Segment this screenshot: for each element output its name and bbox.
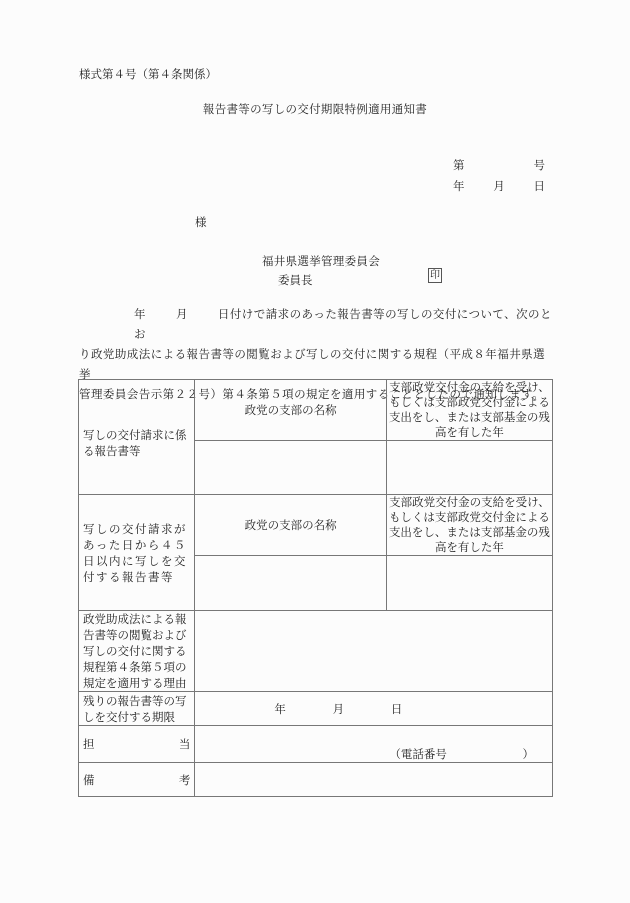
deadline-label: 残りの報告書等の写しを交付する期限 bbox=[79, 692, 195, 726]
issuer-title: 委員長 bbox=[278, 272, 313, 288]
section1-name-input[interactable] bbox=[195, 441, 387, 495]
section2-year-input[interactable] bbox=[386, 556, 552, 611]
issue-date: 年 月 日 bbox=[453, 178, 545, 194]
phone-open: （電話番号 bbox=[389, 746, 447, 762]
body-line1-rest: 日付けで請求のあった報告書等の写しの交付について、次のとお bbox=[134, 307, 552, 341]
reason-row: 政党助成法による報告書等の閲覧および写しの交付に関する規程第４条第５項の規定を適… bbox=[79, 611, 553, 692]
remarks-label: 備考 bbox=[79, 763, 195, 797]
deadline-day: 日 bbox=[391, 701, 403, 717]
body-line-1: 年月日付けで請求のあった報告書等の写しの交付について、次のとお bbox=[79, 304, 554, 344]
section1-col-year: 支部政党交付金の支給を受け、もしくは支部政党交付金による支出をし、または支部基金… bbox=[386, 380, 552, 441]
remarks-label-a: 備 bbox=[83, 772, 95, 788]
phone-close: ） bbox=[523, 746, 535, 762]
section2-label: 写しの交付請求があった日から４５日以内に写しを交付する報告書等 bbox=[79, 495, 195, 611]
seal-icon: 印 bbox=[428, 268, 442, 283]
contact-input[interactable]: （電話番号 ） bbox=[195, 726, 553, 763]
recipient-honorific: 様 bbox=[195, 214, 207, 230]
section2-col-name: 政党の支部の名称 bbox=[195, 495, 387, 556]
date-month: 月 bbox=[493, 178, 505, 194]
reason-label: 政党助成法による報告書等の閲覧および写しの交付に関する規程第４条第５項の規定を適… bbox=[79, 611, 195, 692]
contact-label-a: 担 bbox=[83, 736, 95, 752]
body-month: 月 bbox=[176, 307, 188, 321]
section2-header-row: 写しの交付請求があった日から４５日以内に写しを交付する報告書等 政党の支部の名称… bbox=[79, 495, 553, 556]
date-year: 年 bbox=[453, 178, 465, 194]
remarks-input[interactable] bbox=[195, 763, 553, 797]
remarks-row: 備考 bbox=[79, 763, 553, 797]
form-id: 様式第４号（第４条関係） bbox=[79, 66, 217, 82]
contact-label: 担当 bbox=[79, 726, 195, 763]
section1-header-row: 写しの交付請求に係る報告書等 政党の支部の名称 支部政党交付金の支給を受け、もし… bbox=[79, 380, 553, 441]
number-prefix: 第 bbox=[453, 157, 465, 173]
reason-input[interactable] bbox=[195, 611, 553, 692]
date-day: 日 bbox=[534, 178, 546, 194]
document-title: 報告書等の写しの交付期限特例適用通知書 bbox=[0, 101, 630, 117]
body-year: 年 bbox=[134, 307, 146, 321]
section1-year-input[interactable] bbox=[386, 441, 552, 495]
deadline-month: 月 bbox=[333, 701, 345, 717]
body-line-2: り政党助成法による報告書等の閲覧および写しの交付に関する規程（平成８年福井県選挙 bbox=[79, 344, 554, 384]
section1-col-name: 政党の支部の名称 bbox=[195, 380, 387, 441]
section2-col-year: 支部政党交付金の支給を受け、もしくは支部政党交付金による支出をし、または支部基金… bbox=[386, 495, 552, 556]
deadline-year: 年 bbox=[274, 701, 286, 717]
remarks-label-b: 考 bbox=[179, 772, 191, 788]
deadline-input[interactable]: 年 月 日 bbox=[195, 692, 553, 726]
issuer-organization: 福井県選挙管理委員会 bbox=[262, 253, 380, 269]
section1-label: 写しの交付請求に係る報告書等 bbox=[79, 380, 195, 495]
section2-name-input[interactable] bbox=[195, 556, 387, 611]
reference-number: 第 号 bbox=[453, 157, 545, 173]
notice-table: 写しの交付請求に係る報告書等 政党の支部の名称 支部政党交付金の支給を受け、もし… bbox=[78, 379, 553, 797]
contact-label-b: 当 bbox=[179, 736, 191, 752]
number-suffix: 号 bbox=[534, 157, 546, 173]
contact-row: 担当 （電話番号 ） bbox=[79, 726, 553, 763]
deadline-row: 残りの報告書等の写しを交付する期限 年 月 日 bbox=[79, 692, 553, 726]
